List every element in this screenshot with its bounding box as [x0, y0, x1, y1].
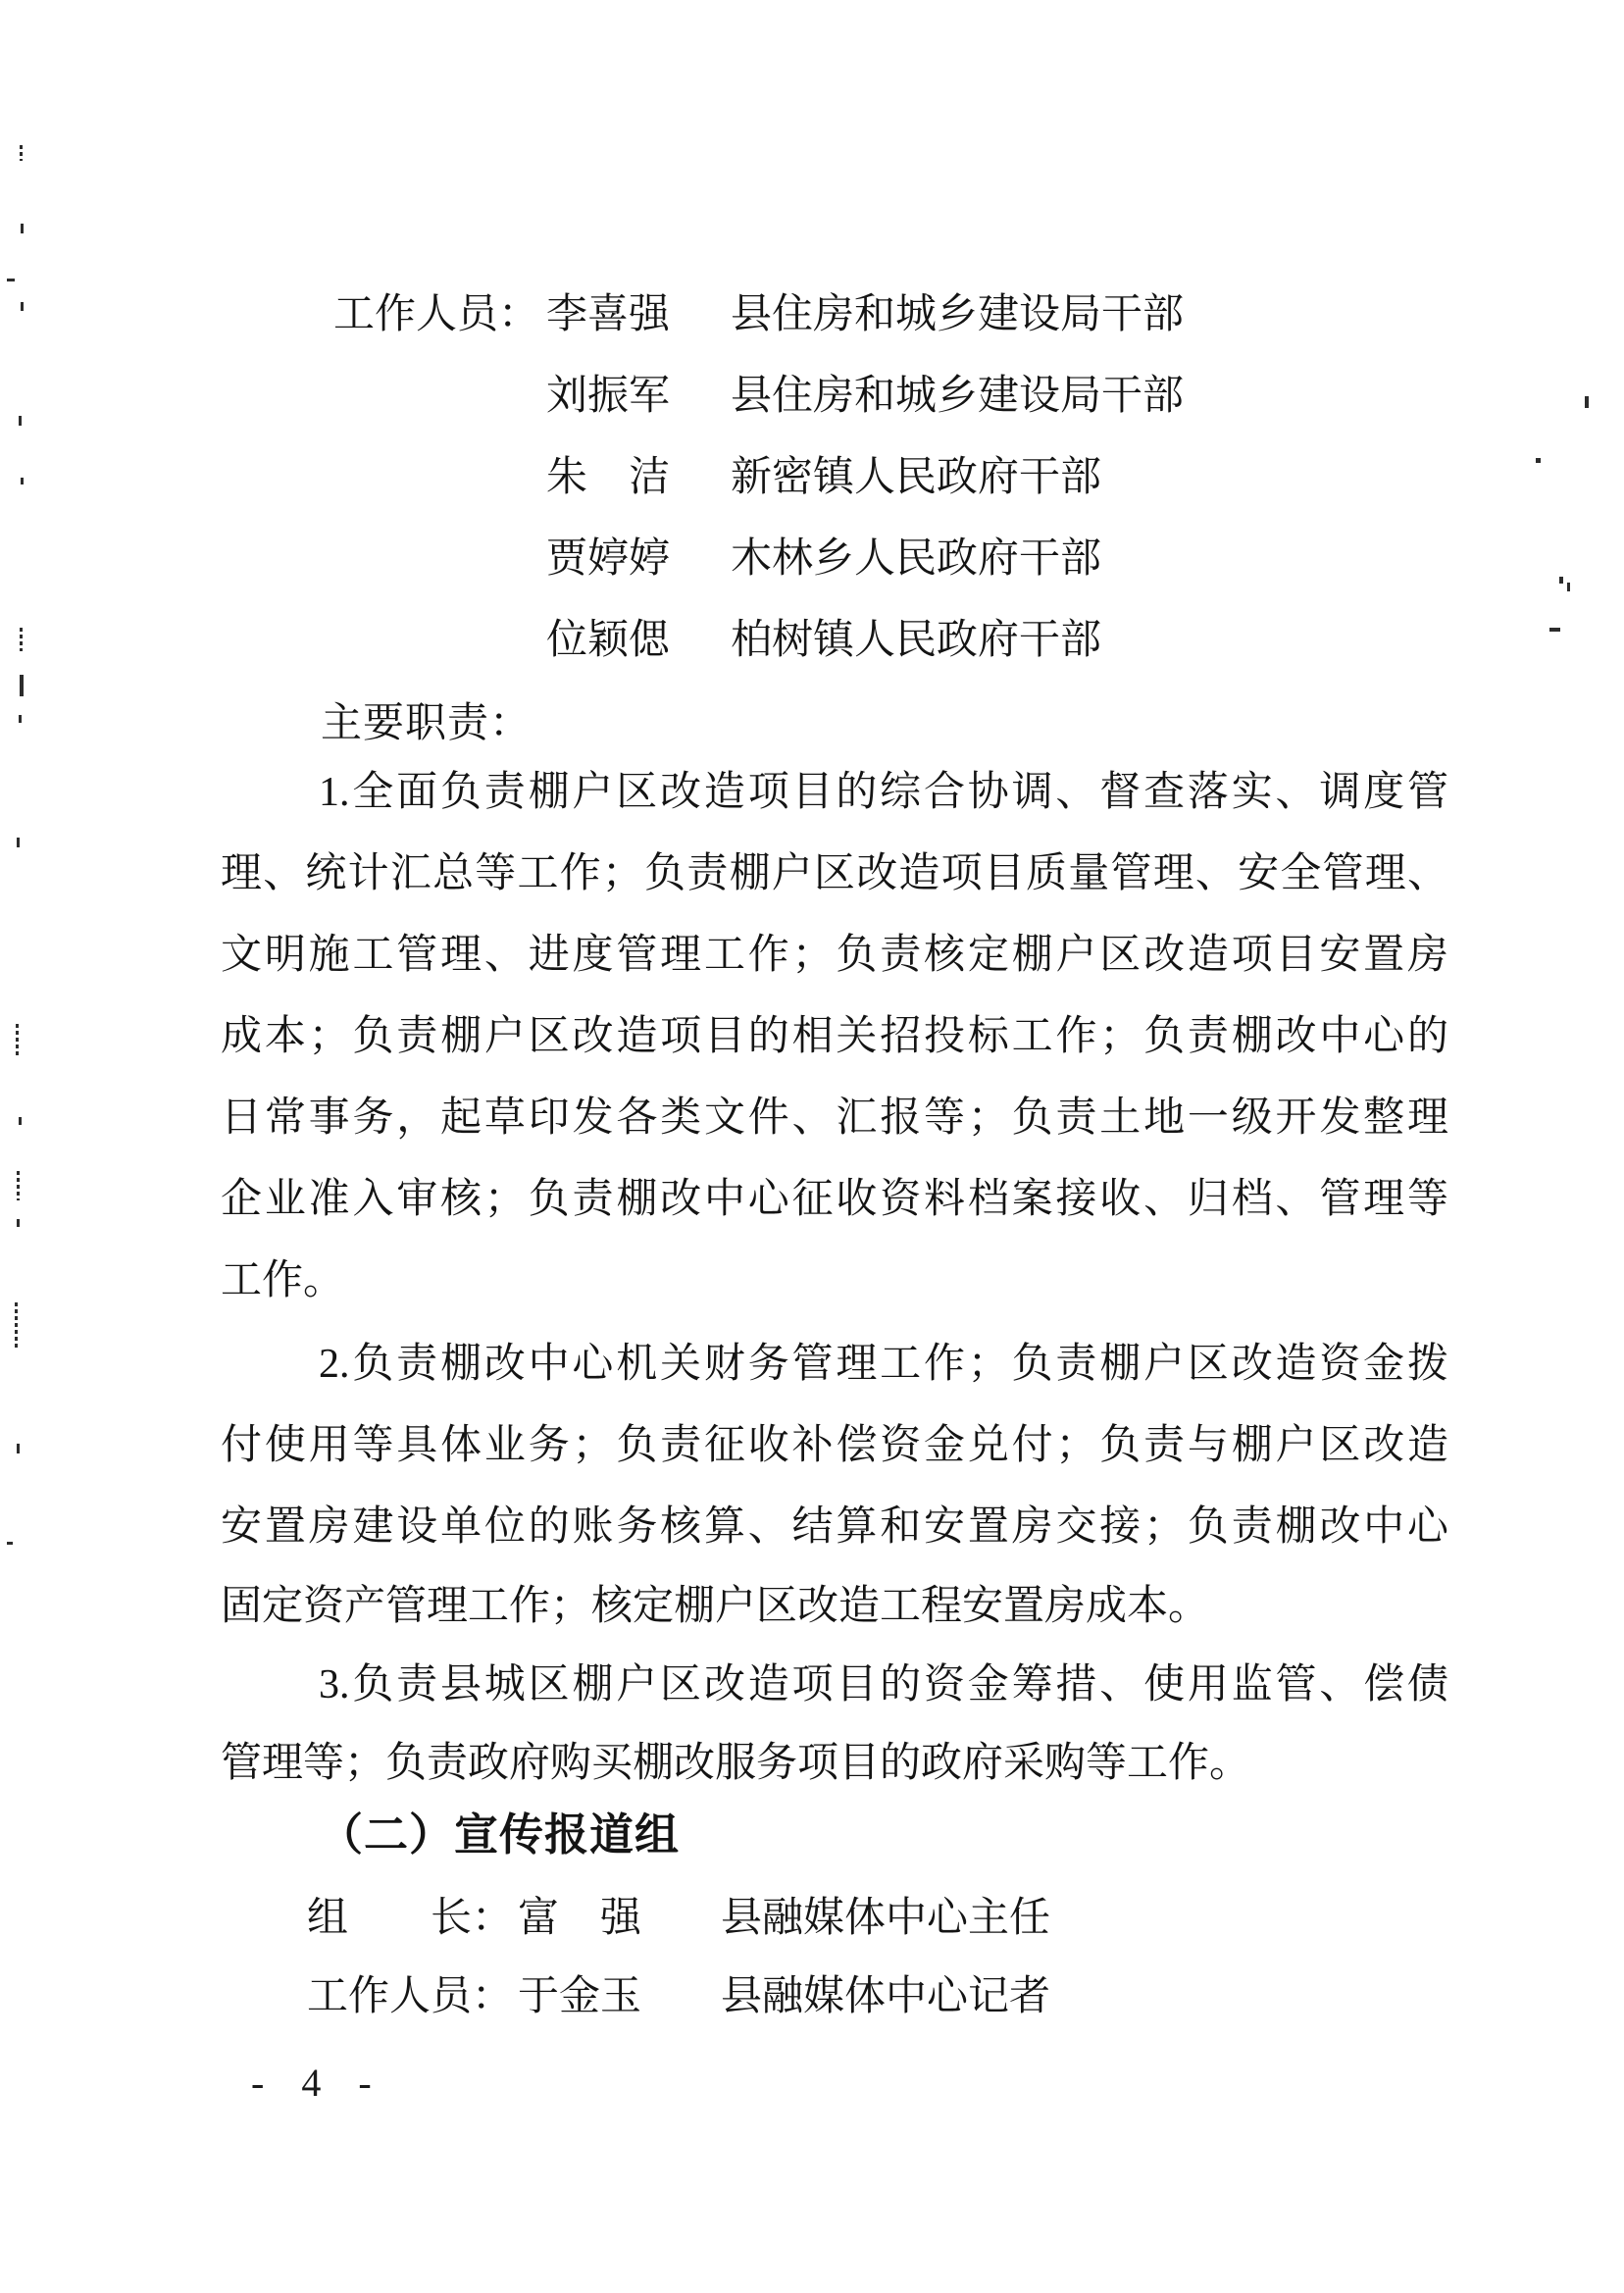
document-page: 工作人员： 李喜强 县住房和城乡建设局干部 刘振军 县住房和城乡建设局干部 朱 …	[0, 0, 1624, 2293]
scan-artifact	[20, 675, 24, 696]
scan-artifact	[17, 1219, 20, 1227]
scan-artifact	[19, 416, 22, 426]
person-name: 富 强	[518, 1891, 641, 1946]
roster-label: 工作人员：	[333, 287, 539, 342]
person-title: 县住房和城乡建设局干部	[731, 287, 1184, 342]
person-name: 贾婷婷	[546, 532, 670, 586]
staff-label: 工作人员：	[307, 1969, 513, 2024]
roster-row: 工作人员： 李喜强 县住房和城乡建设局干部	[0, 287, 1624, 344]
para1-line: 日常事务，起草印发各类文件、汇报等；负责土地一级开发整理	[221, 1091, 1448, 1146]
person-title: 柏树镇人民政府干部	[731, 613, 1101, 668]
scan-artifact	[20, 628, 23, 651]
para2-line: 2.负责棚改中心机关财务管理工作；负责棚户区改造资金拨	[221, 1337, 1448, 1392]
para1-line: 工作。	[221, 1253, 1448, 1308]
section2-heading: （二）宣传报道组	[319, 1808, 680, 1862]
roster-row: 刘振军 县住房和城乡建设局干部	[0, 369, 1624, 426]
roster-row: 贾婷婷 木林乡人民政府干部	[0, 532, 1624, 588]
person-name: 位颖偲	[546, 613, 670, 668]
para1-line: 1.全面负责棚户区改造项目的综合协调、督查落实、调度管	[221, 765, 1448, 820]
person-title: 县融媒体中心主任	[721, 1891, 1050, 1946]
person-title: 县住房和城乡建设局干部	[731, 369, 1184, 424]
scan-artifact	[21, 478, 24, 484]
staff-row: 工作人员： 于金玉 县融媒体中心记者	[0, 1969, 1624, 2026]
scan-artifact	[17, 838, 20, 847]
leader-label: 组 长：	[307, 1891, 513, 1946]
person-name: 于金玉	[518, 1969, 641, 2024]
para3-line: 管理等；负责政府购买棚改服务项目的政府采购等工作。	[221, 1736, 1448, 1791]
scan-artifact	[17, 1171, 20, 1200]
person-name: 李喜强	[546, 287, 670, 342]
person-title: 新密镇人民政府干部	[731, 450, 1101, 505]
leader-row: 组 长： 富 强 县融媒体中心主任	[0, 1891, 1624, 1948]
scan-artifact	[17, 1444, 20, 1453]
roster-row: 朱 洁 新密镇人民政府干部	[0, 450, 1624, 507]
scan-artifact	[1559, 577, 1563, 584]
person-name: 朱 洁	[546, 450, 670, 505]
scan-artifact	[1567, 583, 1570, 591]
para2-line: 付使用等具体业务；负责征收补偿资金兑付；负责与棚户区改造	[221, 1418, 1448, 1473]
scan-artifact	[21, 302, 24, 311]
scan-artifact	[20, 145, 23, 161]
page-number: - 4 -	[251, 2060, 385, 2106]
scan-artifact	[1536, 458, 1541, 463]
person-title: 木林乡人民政府干部	[731, 532, 1101, 586]
scan-artifact	[19, 1117, 22, 1125]
para1-line: 文明施工管理、进度管理工作；负责核定棚户区改造项目安置房	[221, 928, 1448, 983]
para1-line: 理、统计汇总等工作；负责棚户区改造项目质量管理、安全管理、	[221, 846, 1448, 901]
duties-heading: 主要职责：	[321, 696, 532, 751]
para2-line: 安置房建设单位的账务核算、结算和安置房交接；负责棚改中心	[221, 1500, 1448, 1554]
para1-line: 成本；负责棚户区改造项目的相关招投标工作；负责棚改中心的	[221, 1009, 1448, 1064]
roster-row: 位颖偲 柏树镇人民政府干部	[0, 613, 1624, 670]
scan-artifact	[21, 224, 24, 233]
para2-line: 固定资产管理工作；核定棚户区改造工程安置房成本。	[221, 1579, 1448, 1634]
para1-line: 企业准入审核；负责棚改中心征收资料档案接收、归档、管理等	[221, 1172, 1448, 1227]
scan-artifact	[15, 1302, 18, 1348]
scan-artifact	[16, 1024, 19, 1057]
scan-artifact	[1549, 628, 1560, 632]
scan-artifact	[7, 279, 15, 281]
scan-artifact	[19, 715, 22, 723]
person-title: 县融媒体中心记者	[721, 1969, 1050, 2024]
person-name: 刘振军	[546, 369, 670, 424]
para3-line: 3.负责县城区棚户区改造项目的资金筹措、使用监管、偿债	[221, 1657, 1448, 1712]
scan-artifact	[7, 1542, 13, 1545]
scan-artifact	[1585, 396, 1589, 408]
